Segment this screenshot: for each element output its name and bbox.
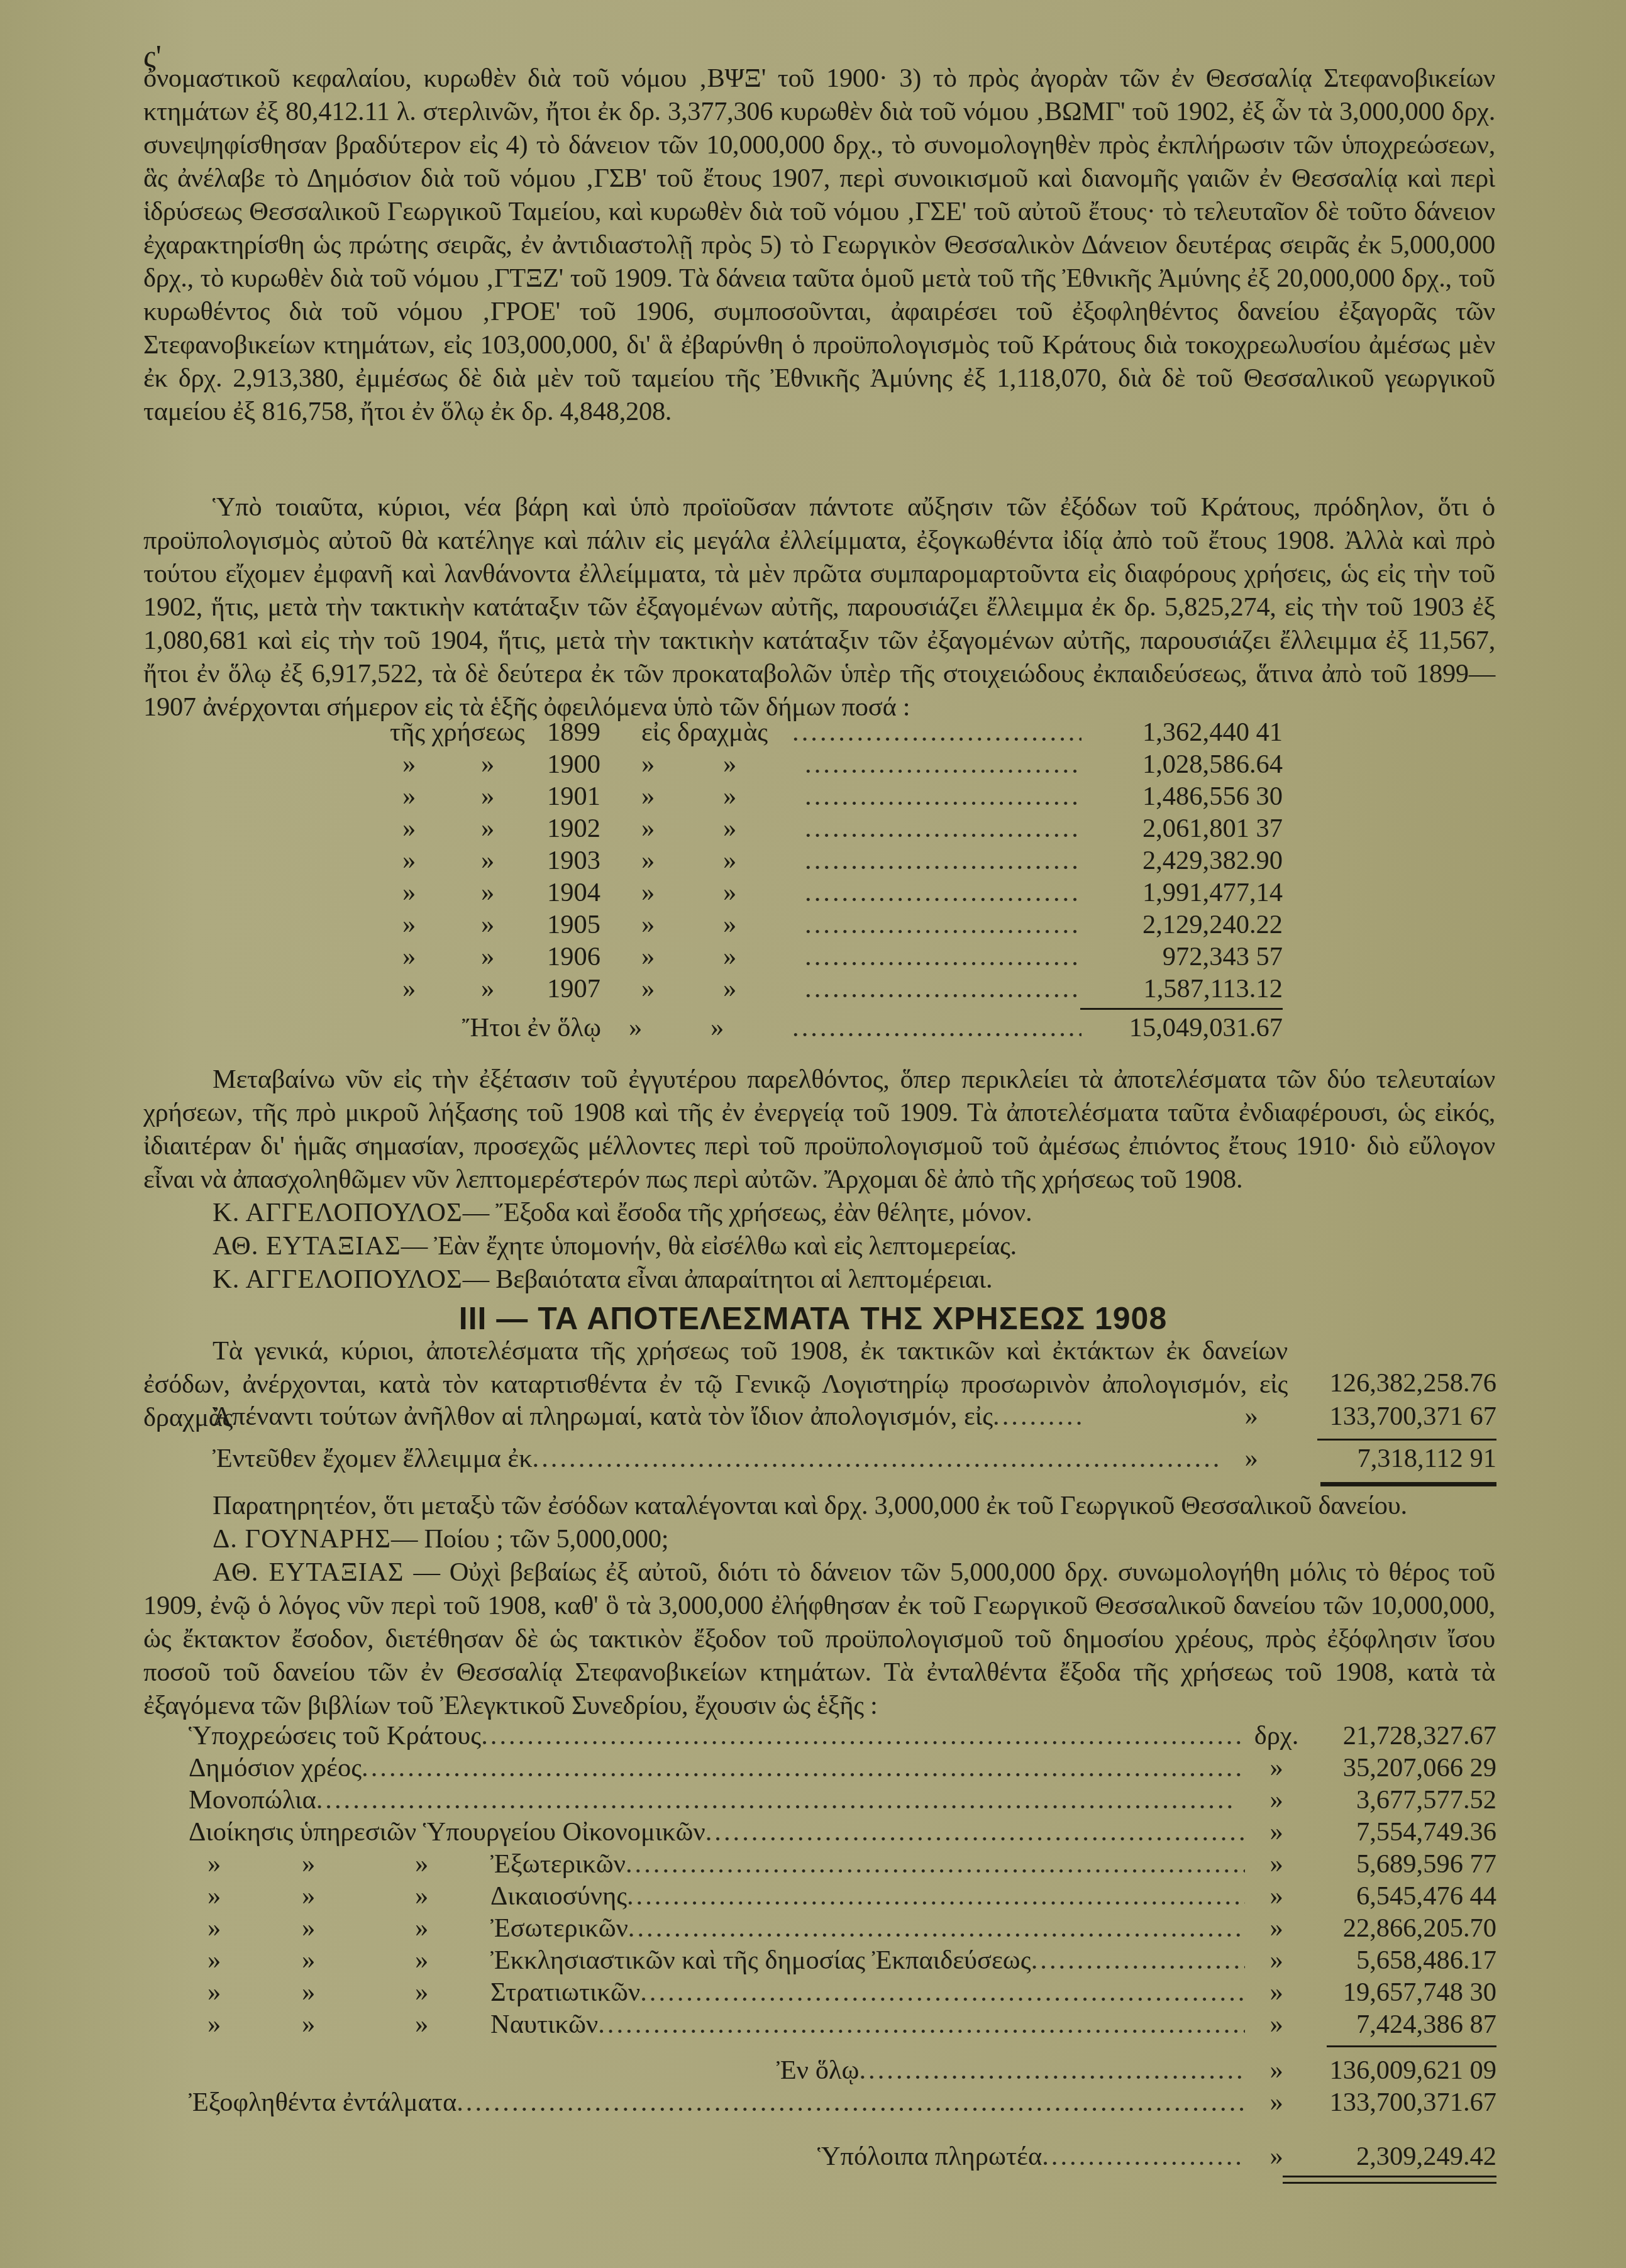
payments-row: Ἀπέναντι τούτων ἀνῆλθον αἱ πληρωμαί, κατ… — [213, 1401, 1496, 1432]
expenses-table-total: 136,009,621 09 — [1308, 2055, 1496, 2086]
paragraph-loans: ὀνομαστικοῦ κεφαλαίου, κυρωθὲν διὰ τοῦ ν… — [143, 62, 1495, 428]
ditto: » — [1245, 1977, 1308, 2008]
ditto: » — [415, 2009, 490, 2040]
dot-leader: ........................................… — [628, 1913, 1245, 1944]
table-row: »»» Ἐξωτερικῶν..........................… — [189, 1849, 1496, 1879]
dialogue-3-text: Ποίου ; τῶν 5,000,000; — [424, 1524, 668, 1554]
table-row: »»» Στρατιωτικῶν........................… — [189, 1977, 1496, 2008]
dot-leader: .................................. — [805, 845, 1081, 876]
ditto: » — [481, 845, 547, 876]
table-row: »» 1907 »» .............................… — [390, 973, 1283, 1004]
dash: — — [463, 1198, 489, 1227]
sum-rule — [1080, 1008, 1283, 1010]
expenses-table-rows-4-label: Ἐξωτερικῶν — [490, 1849, 626, 1879]
advances-table-rows-8-year: 1907 — [547, 973, 629, 1004]
dialogue-block-2: Δ. ΓΟΥΝΑΡΗΣ— Ποίου ; τῶν 5,000,000; ΑΘ. … — [143, 1522, 1495, 1722]
ditto: » — [390, 813, 481, 844]
table-row: Διοίκησις ὑπηρεσιῶν Ὑπουργείου Οἰκονομικ… — [189, 1817, 1496, 1847]
ditto: » — [1220, 1443, 1283, 1474]
expenses-table-rows-0-amount: 21,728,327.67 — [1308, 1720, 1496, 1751]
ditto: » — [481, 941, 547, 972]
ditto: » — [189, 2009, 302, 2040]
ditto: » — [1245, 1945, 1308, 1976]
ditto: » — [390, 909, 481, 940]
expenses-table-rows-5-label: Δικαιοσύνης — [490, 1881, 627, 1911]
table-row: »» 1903 »» .............................… — [390, 845, 1283, 876]
dialogue-line: ΑΘ. ΕΥΤΑΞΙΑΣ— Ἐὰν ἔχητε ὑπομονήν, θὰ εἰσ… — [143, 1229, 1495, 1263]
advances-table-rows-8-amount: 1,587,113.12 — [1081, 973, 1283, 1004]
expenses-table-rows-3-label: Διοίκησις ὑπηρεσιῶν Ὑπουργείου Οἰκονομικ… — [189, 1817, 705, 1847]
expenses-table-rows-4-amount: 5,689,596 77 — [1308, 1849, 1496, 1879]
ditto: » — [723, 845, 805, 876]
advances-table-rows-2-year: 1901 — [547, 781, 629, 812]
ditto: » — [481, 813, 547, 844]
advances-table-rows-7-amount: 972,343 57 — [1081, 941, 1283, 972]
ditto: » — [616, 1012, 711, 1043]
speaker-name: ΑΘ. ΕΥΤΑΞΙΑΣ — [213, 1231, 401, 1261]
results-1908-revenue: 126,382,258.76 — [1329, 1368, 1496, 1398]
table-row: »» 1904 »» .............................… — [390, 877, 1283, 908]
speaker-name: Κ. ΑΓΓΕΛΟΠΟΥΛΟΣ — [213, 1264, 463, 1294]
ditto: » — [1245, 1817, 1308, 1847]
advances-table-first-label-a: τῆς χρήσεως — [390, 717, 547, 748]
dot-leader: ........................................… — [1042, 2141, 1245, 2172]
dash: — — [413, 1557, 440, 1587]
expenses-table-rows-8-label: Στρατιωτικῶν — [490, 1977, 640, 2008]
ditto: » — [723, 749, 805, 780]
ditto: » — [390, 749, 481, 780]
dash: — — [463, 1264, 489, 1294]
advances-table-rows-4-amount: 2,429,382.90 — [1081, 845, 1283, 876]
ditto: » — [390, 941, 481, 972]
ditto: » — [189, 1977, 302, 2008]
ditto: » — [189, 1849, 302, 1879]
expenses-table-paid: 133,700,371.67 — [1308, 2087, 1496, 2118]
table-row: Ὑποχρεώσεις τοῦ Κράτους.................… — [189, 1720, 1496, 1751]
expenses-table-rows-2-amount: 3,677,577.52 — [1308, 1784, 1496, 1815]
ditto: » — [723, 973, 805, 1004]
speaker-name: Κ. ΑΓΓΕΛΟΠΟΥΛΟΣ — [213, 1198, 463, 1227]
expenses-table-rows-6-label: Ἐσωτερικῶν — [490, 1913, 628, 1944]
speaker-name: Δ. ΓΟΥΝΑΡΗΣ — [213, 1524, 391, 1554]
ditto: » — [1245, 2009, 1308, 2040]
dot-leader: .................................. — [805, 973, 1081, 1004]
dot-leader: ........................................… — [533, 1443, 1220, 1474]
expenses-table-rows-7-label: Ἐκκλησιαστικῶν καὶ τῆς δημοσίας Ἐκπαιδεύ… — [490, 1945, 1031, 1976]
ditto: » — [189, 1945, 302, 1976]
expenses-table-rows-3-amount: 7,554,749.36 — [1308, 1817, 1496, 1847]
ditto: » — [302, 2009, 415, 2040]
results-1908-deficit-label: Ἐντεῦθεν ἔχομεν ἔλλειμμα ἐκ — [213, 1443, 533, 1474]
expenses-table-rows-9-label: Ναυτικῶν — [490, 2009, 598, 2040]
ditto: » — [481, 909, 547, 940]
dot-leader: .................................. — [805, 941, 1081, 972]
dot-leader: .................................. — [805, 781, 1081, 812]
table-row: »» 1906 »» .............................… — [390, 941, 1283, 972]
expenses-table-currency: δρχ. — [1245, 1720, 1308, 1751]
expenses-table-remaining-label: Ὑπόλοιπα πληρωτέα — [189, 2141, 1042, 2172]
speaker-name: ΑΘ. ΕΥΤΑΞΙΑΣ — [213, 1557, 404, 1587]
table-row: Ἐξοφληθέντα ἐντάλματα...................… — [189, 2087, 1496, 2118]
dot-leader: ........................................… — [481, 1720, 1245, 1751]
advances-table-total-label: Ἤτοι ἐν ὅλῳ — [390, 1012, 616, 1043]
ditto: » — [723, 877, 805, 908]
table-row: Δημόσιον χρέος..........................… — [189, 1752, 1496, 1783]
sum-rule — [1327, 2045, 1496, 2047]
table-total-row: Ἤτοι ἐν ὅλῳ »» .........................… — [390, 1012, 1283, 1043]
dialogue-block: Κ. ΑΓΓΕΛΟΠΟΥΛΟΣ— Ἔξοδα καὶ ἔσοδα τῆς χρή… — [143, 1196, 1495, 1296]
ditto: » — [1245, 2055, 1308, 2086]
dialogue-0-text: Ἔξοδα καὶ ἔσοδα τῆς χρήσεως, ἐὰν θέλητε,… — [495, 1198, 1032, 1227]
ditto: » — [723, 781, 805, 812]
ditto: » — [1245, 2087, 1308, 2118]
expenses-table-rows-6-amount: 22,866,205.70 — [1308, 1913, 1496, 1944]
paragraph-deficits: Ὑπὸ τοιαῦτα, κύριοι, νέα βάρη καὶ ὑπὸ πρ… — [143, 490, 1495, 724]
advances-table-rows-1-amount: 1,028,586.64 — [1081, 749, 1283, 780]
ditto: » — [302, 1977, 415, 2008]
revenue-amount: 126,382,258.76 — [1283, 1368, 1496, 1398]
document-page: ς' ὀνομαστικοῦ κεφαλαίου, κυρωθὲν διὰ το… — [0, 0, 1626, 2268]
ditto: » — [302, 1849, 415, 1879]
table-total-row: Ἐν ὅλῳ..................................… — [189, 2055, 1496, 2086]
ditto: » — [481, 877, 547, 908]
table-row: »»» Ναυτικῶν............................… — [189, 2009, 1496, 2040]
sum-rule — [1317, 1439, 1496, 1441]
table-row: »» 1901 »» .............................… — [390, 781, 1283, 812]
ditto: » — [1245, 1784, 1308, 1815]
results-1908-payments-label: Ἀπέναντι τούτων ἀνῆλθον αἱ πληρωμαί, κατ… — [213, 1401, 993, 1432]
advances-table-rows-7-year: 1906 — [547, 941, 629, 972]
ditto: » — [302, 1913, 415, 1944]
advances-table-total: 15,049,031.67 — [1081, 1012, 1283, 1043]
ditto: » — [390, 845, 481, 876]
dot-leader: ........................................… — [316, 1784, 1245, 1815]
expenses-table-rows-2-label: Μονοπώλια — [189, 1784, 316, 1815]
expenses-table-rows-5-amount: 6,545,476 44 — [1308, 1881, 1496, 1911]
advances-table-rows-0-year: 1899 — [547, 717, 629, 748]
double-rule-bottom — [1283, 2182, 1496, 2184]
ditto: » — [1245, 1913, 1308, 1944]
ditto: » — [1245, 1849, 1308, 1879]
dash: — — [401, 1231, 428, 1261]
advances-table-rows-3-amount: 2,061,801 37 — [1081, 813, 1283, 844]
ditto: » — [481, 781, 547, 812]
ditto: » — [629, 845, 723, 876]
expenses-table-paid-label: Ἐξοφληθέντα ἐντάλματα — [189, 2087, 456, 2118]
dialogue-line: Δ. ΓΟΥΝΑΡΗΣ— Ποίου ; τῶν 5,000,000; — [143, 1522, 1495, 1556]
dot-leader: ........................................… — [1031, 1945, 1245, 1976]
ditto: » — [629, 813, 723, 844]
dot-leader: ........................................… — [598, 2009, 1245, 2040]
dot-leader: .................................. — [805, 877, 1081, 908]
ditto: » — [1245, 1881, 1308, 1911]
dialogue-line: Κ. ΑΓΓΕΛΟΠΟΥΛΟΣ— Βεβαιότατα εἶναι ἀπαραί… — [143, 1263, 1495, 1296]
ditto: » — [390, 877, 481, 908]
table-row: τῆς χρήσεως 1899 εἰς δραχμὰς ...........… — [390, 717, 1283, 748]
ditto: » — [1245, 2141, 1308, 2172]
ditto: » — [481, 749, 547, 780]
advances-table-rows-0-amount: 1,362,440 41 — [1081, 717, 1283, 748]
expenses-table-total-label: Ἐν ὅλῳ — [189, 2055, 859, 2086]
ditto: » — [390, 973, 481, 1004]
ditto: » — [302, 1881, 415, 1911]
expenses-table-remaining: 2,309,249.42 — [1308, 2141, 1496, 2172]
paragraph-transition: Μεταβαίνω νῦν εἰς τὴν ἐξέτασιν τοῦ ἐγγυτ… — [143, 1063, 1495, 1196]
dot-leader: .................................. — [792, 717, 1081, 748]
expenses-table-rows-8-amount: 19,657,748 30 — [1308, 1977, 1496, 2008]
ditto: » — [1245, 1752, 1308, 1783]
dot-leader: .......... — [993, 1401, 1220, 1432]
dot-leader: ........................................… — [705, 1817, 1245, 1847]
dot-leader: ........................................… — [640, 1977, 1245, 2008]
dialogue-2-text: Βεβαιότατα εἶναι ἀπαραίτητοι αἱ λεπτομέρ… — [495, 1264, 992, 1294]
ditto: » — [415, 1849, 490, 1879]
ditto: » — [723, 909, 805, 940]
dot-leader: .................................. — [805, 749, 1081, 780]
table-row: »» 1900 »» .............................… — [390, 749, 1283, 780]
paragraph-note: Παρατηρητέον, ὅτι μεταξὺ τῶν ἐσόδων κατα… — [143, 1489, 1495, 1522]
dash: — — [391, 1524, 418, 1554]
advances-table-rows-2-amount: 1,486,556 30 — [1081, 781, 1283, 812]
table-row: Μονοπώλια...............................… — [189, 1784, 1496, 1815]
dot-leader: .................................. — [805, 909, 1081, 940]
deficit-row: Ἐντεῦθεν ἔχομεν ἔλλειμμα ἐκ ............… — [213, 1443, 1496, 1474]
expenses-table-rows-1-amount: 35,207,066 29 — [1308, 1752, 1496, 1783]
advances-table-first-label-b: εἰς δραχμὰς — [629, 717, 792, 748]
double-rule — [1320, 1482, 1496, 1486]
ditto: » — [629, 973, 723, 1004]
ditto: » — [629, 781, 723, 812]
ditto: » — [629, 877, 723, 908]
ditto: » — [189, 1881, 302, 1911]
advances-table-rows-1-year: 1900 — [547, 749, 629, 780]
ditto: » — [189, 1913, 302, 1944]
dot-leader: ........................................… — [627, 1881, 1245, 1911]
advances-table-rows-5-amount: 1,991,477,14 — [1081, 877, 1283, 908]
advances-table-rows-4-year: 1903 — [547, 845, 629, 876]
dot-leader: ........................................… — [626, 1849, 1245, 1879]
ditto: » — [415, 1913, 490, 1944]
ditto: » — [629, 909, 723, 940]
ditto: » — [415, 1881, 490, 1911]
dialogue-1-text: Ἐὰν ἔχητε ὑπομονήν, θὰ εἰσέλθω καὶ εἰς λ… — [434, 1231, 1017, 1261]
dot-leader: ........................................… — [362, 1752, 1245, 1783]
dialogue-line: ΑΘ. ΕΥΤΑΞΙΑΣ — Οὐχὶ βεβαίως ἐξ αὐτοῦ, δι… — [143, 1556, 1495, 1722]
ditto: » — [723, 941, 805, 972]
ditto: » — [302, 1945, 415, 1976]
table-row: »»» Ἐκκλησιαστικῶν καὶ τῆς δημοσίας Ἐκπα… — [189, 1945, 1496, 1976]
table-row: »»» Δικαιοσύνης.........................… — [189, 1881, 1496, 1911]
ditto: » — [1220, 1401, 1283, 1432]
ditto: » — [629, 941, 723, 972]
double-rule-top — [1283, 2176, 1496, 2177]
results-1908-payments: 133,700,371 67 — [1283, 1401, 1496, 1432]
advances-table-rows-3-year: 1902 — [547, 813, 629, 844]
dialogue-line: Κ. ΑΓΓΕΛΟΠΟΥΛΟΣ— Ἔξοδα καὶ ἔσοδα τῆς χρή… — [143, 1196, 1495, 1229]
advances-table-rows-6-year: 1905 — [547, 909, 629, 940]
ditto: » — [711, 1012, 792, 1043]
ditto: » — [415, 1945, 490, 1976]
dot-leader: .................................. — [792, 1012, 1081, 1043]
dot-leader: ........................................… — [456, 2087, 1245, 2118]
section-heading: III — ΤΑ ΑΠΟΤΕΛΕΣΜΑΤΑ ΤΗΣ ΧΡΗΣΕΩΣ 1908 — [0, 1300, 1626, 1337]
ditto: » — [415, 1977, 490, 2008]
dot-leader: .................................. — [805, 813, 1081, 844]
table-row: »»» Ἐσωτερικῶν..........................… — [189, 1913, 1496, 1944]
table-remaining-row: Ὑπόλοιπα πληρωτέα.......................… — [189, 2141, 1496, 2172]
dot-leader: ........................................… — [859, 2055, 1245, 2086]
ditto: » — [481, 973, 547, 1004]
table-row: »» 1905 »» .............................… — [390, 909, 1283, 940]
results-1908-deficit: 7,318,112 91 — [1283, 1443, 1496, 1474]
expenses-table-rows-1-label: Δημόσιον χρέος — [189, 1752, 362, 1783]
ditto: » — [390, 781, 481, 812]
advances-table-rows-6-amount: 2,129,240.22 — [1081, 909, 1283, 940]
expenses-table-rows-9-amount: 7,424,386 87 — [1308, 2009, 1496, 2040]
expenses-table-rows-7-amount: 5,658,486.17 — [1308, 1945, 1496, 1976]
expenses-table-rows-0-label: Ὑποχρεώσεις τοῦ Κράτους — [189, 1720, 481, 1751]
ditto: » — [723, 813, 805, 844]
ditto: » — [629, 749, 723, 780]
advances-table-rows-5-year: 1904 — [547, 877, 629, 908]
table-row: »» 1902 »» .............................… — [390, 813, 1283, 844]
